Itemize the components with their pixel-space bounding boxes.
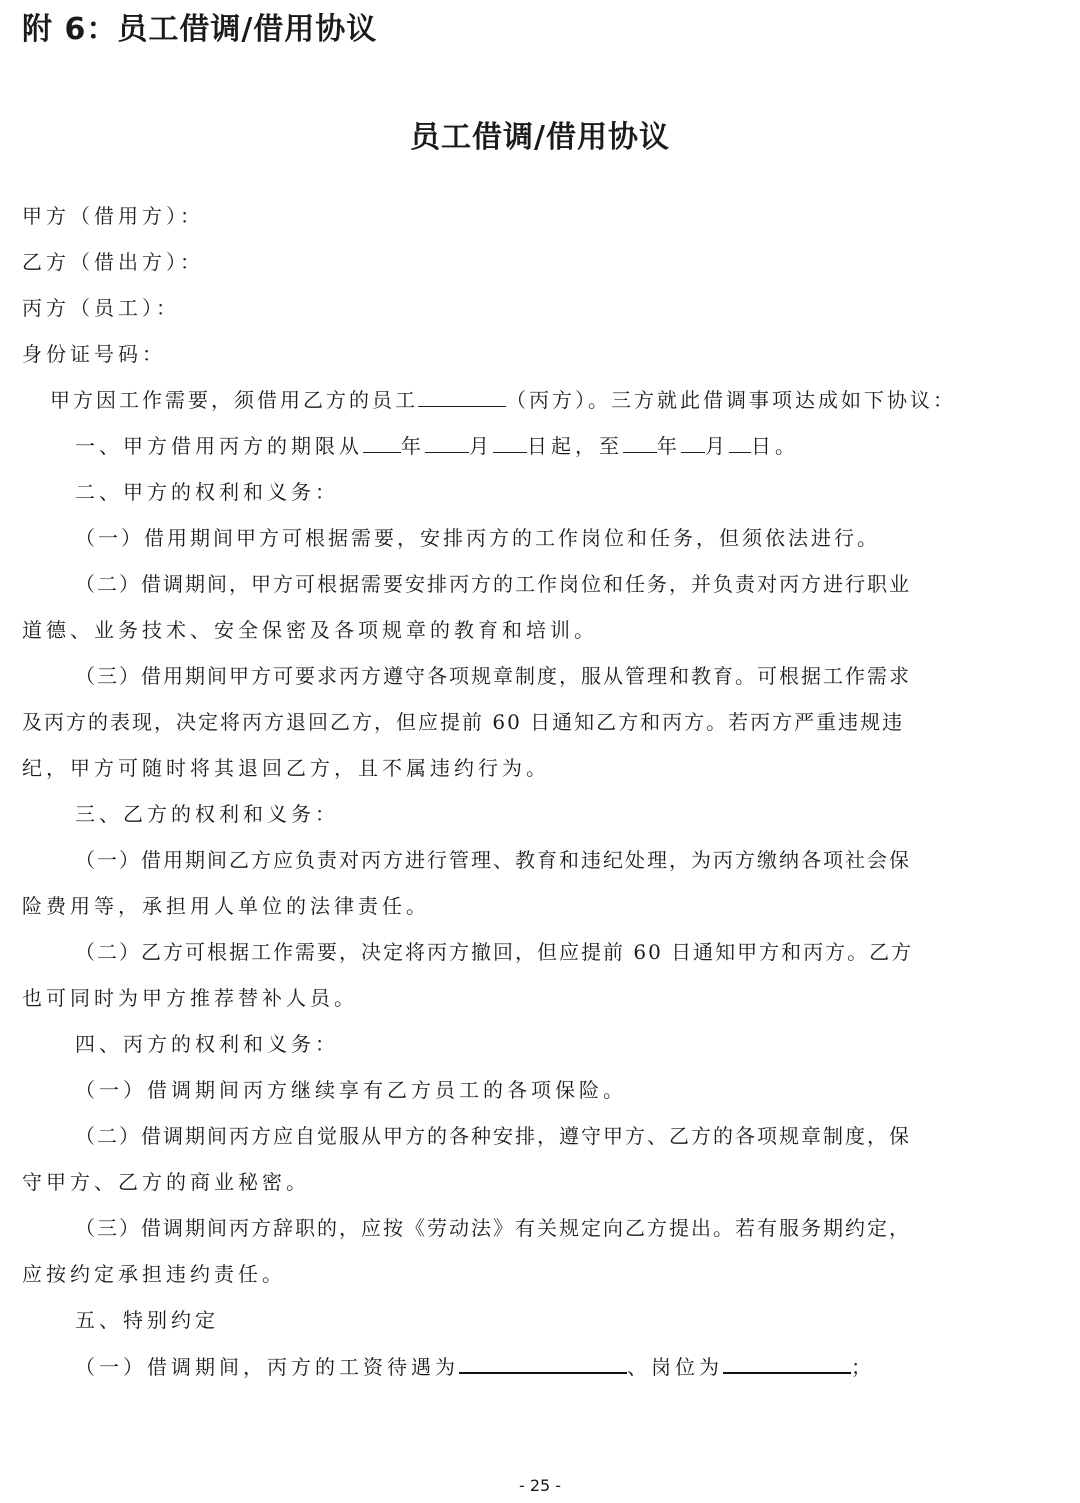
section-5-item-1: （一）借调期间，丙方的工资待遇为、岗位为； xyxy=(75,1352,1050,1381)
end-day-label: 日。 xyxy=(751,434,799,458)
document-title: 员工借调/借用协议 xyxy=(0,112,1080,156)
section-3-heading: 三、乙方的权利和义务： xyxy=(75,800,1050,828)
clause-1-term: 一、甲方借用丙方的期限从年月日起，至年月日。 xyxy=(75,432,1050,460)
end-year-blank[interactable] xyxy=(623,432,657,453)
section-4-heading: 四、丙方的权利和义务： xyxy=(75,1030,1050,1058)
intro-text-before: 甲方因工作需要，须借用乙方的员工 xyxy=(50,388,418,412)
start-month-blank[interactable] xyxy=(425,432,469,453)
section-2-item-3-line-3: 纪，甲方可随时将其退回乙方，且不属违约行为。 xyxy=(22,754,1050,782)
party-c-label: 丙方（员工）： xyxy=(22,294,1050,322)
section-5-heading: 五、特别约定 xyxy=(75,1306,1050,1334)
section-2-item-1: （一）借用期间甲方可根据需要，安排丙方的工作岗位和任务，但须依法进行。 xyxy=(75,524,1050,552)
end-day-blank[interactable] xyxy=(729,432,751,453)
section-2-heading: 二、甲方的权利和义务： xyxy=(75,478,1050,506)
semicolon: ； xyxy=(851,1355,875,1379)
year-label: 年 xyxy=(401,434,425,458)
appendix-heading: 附 6：员工借调/借用协议 xyxy=(22,4,377,48)
section-2-item-3-line-2: 及丙方的表现，决定将丙方退回乙方，但应提前 60 日通知乙方和丙方。若丙方严重违… xyxy=(22,708,1050,736)
position-blank[interactable] xyxy=(723,1352,851,1374)
start-year-blank[interactable] xyxy=(363,432,401,453)
start-day-label: 日起，至 xyxy=(527,434,623,458)
intro-text-after: （丙方）。三方就此借调事项达成如下协议： xyxy=(506,388,956,412)
section-2-item-2-line-1: （二）借调期间，甲方可根据需要安排丙方的工作岗位和任务，并负责对丙方进行职业 xyxy=(75,570,1050,598)
section-3-item-1-line-1: （一）借用期间乙方应负责对丙方进行管理、教育和违纪处理，为丙方缴纳各项社会保 xyxy=(75,846,1050,874)
section-4-item-2-line-2: 守甲方、乙方的商业秘密。 xyxy=(22,1168,1050,1196)
section-3-item-2-line-2: 也可同时为甲方推荐替补人员。 xyxy=(22,984,1050,1012)
position-label: 、岗位为 xyxy=(627,1355,723,1379)
intro-paragraph: 甲方因工作需要，须借用乙方的员工（丙方）。三方就此借调事项达成如下协议： xyxy=(50,386,1050,414)
clause-1-text: 一、甲方借用丙方的期限从 xyxy=(75,434,363,458)
party-b-label: 乙方（借出方）： xyxy=(22,248,1050,276)
month-label: 月 xyxy=(469,434,493,458)
section-3-item-1-line-2: 险费用等，承担用人单位的法律责任。 xyxy=(22,892,1050,920)
end-month-blank[interactable] xyxy=(681,432,705,453)
section-4-item-3-line-1: （三）借调期间丙方辞职的，应按《劳动法》有关规定向乙方提出。若有服务期约定， xyxy=(75,1214,1050,1242)
section-3-item-2-line-1: （二）乙方可根据工作需要，决定将丙方撤回，但应提前 60 日通知甲方和丙方。乙方 xyxy=(75,938,1050,966)
section-4-item-1: （一）借调期间丙方继续享有乙方员工的各项保险。 xyxy=(75,1076,1050,1104)
employee-name-blank[interactable] xyxy=(418,386,506,407)
page-number: - 25 - xyxy=(0,1476,1080,1495)
salary-label: （一）借调期间，丙方的工资待遇为 xyxy=(75,1355,459,1379)
section-2-item-2-line-2: 道德、业务技术、安全保密及各项规章的教育和培训。 xyxy=(22,616,1050,644)
section-4-item-3-line-2: 应按约定承担违约责任。 xyxy=(22,1260,1050,1288)
salary-blank[interactable] xyxy=(459,1352,627,1374)
id-number-label: 身份证号码： xyxy=(22,340,1050,368)
year-label: 年 xyxy=(657,434,681,458)
section-2-item-3-line-1: （三）借用期间甲方可要求丙方遵守各项规章制度，服从管理和教育。可根据工作需求 xyxy=(75,662,1050,690)
month-label: 月 xyxy=(705,434,729,458)
start-day-blank[interactable] xyxy=(493,432,527,453)
party-a-label: 甲方（借用方）： xyxy=(22,202,1050,230)
section-4-item-2-line-1: （二）借调期间丙方应自觉服从甲方的各种安排，遵守甲方、乙方的各项规章制度，保 xyxy=(75,1122,1050,1150)
